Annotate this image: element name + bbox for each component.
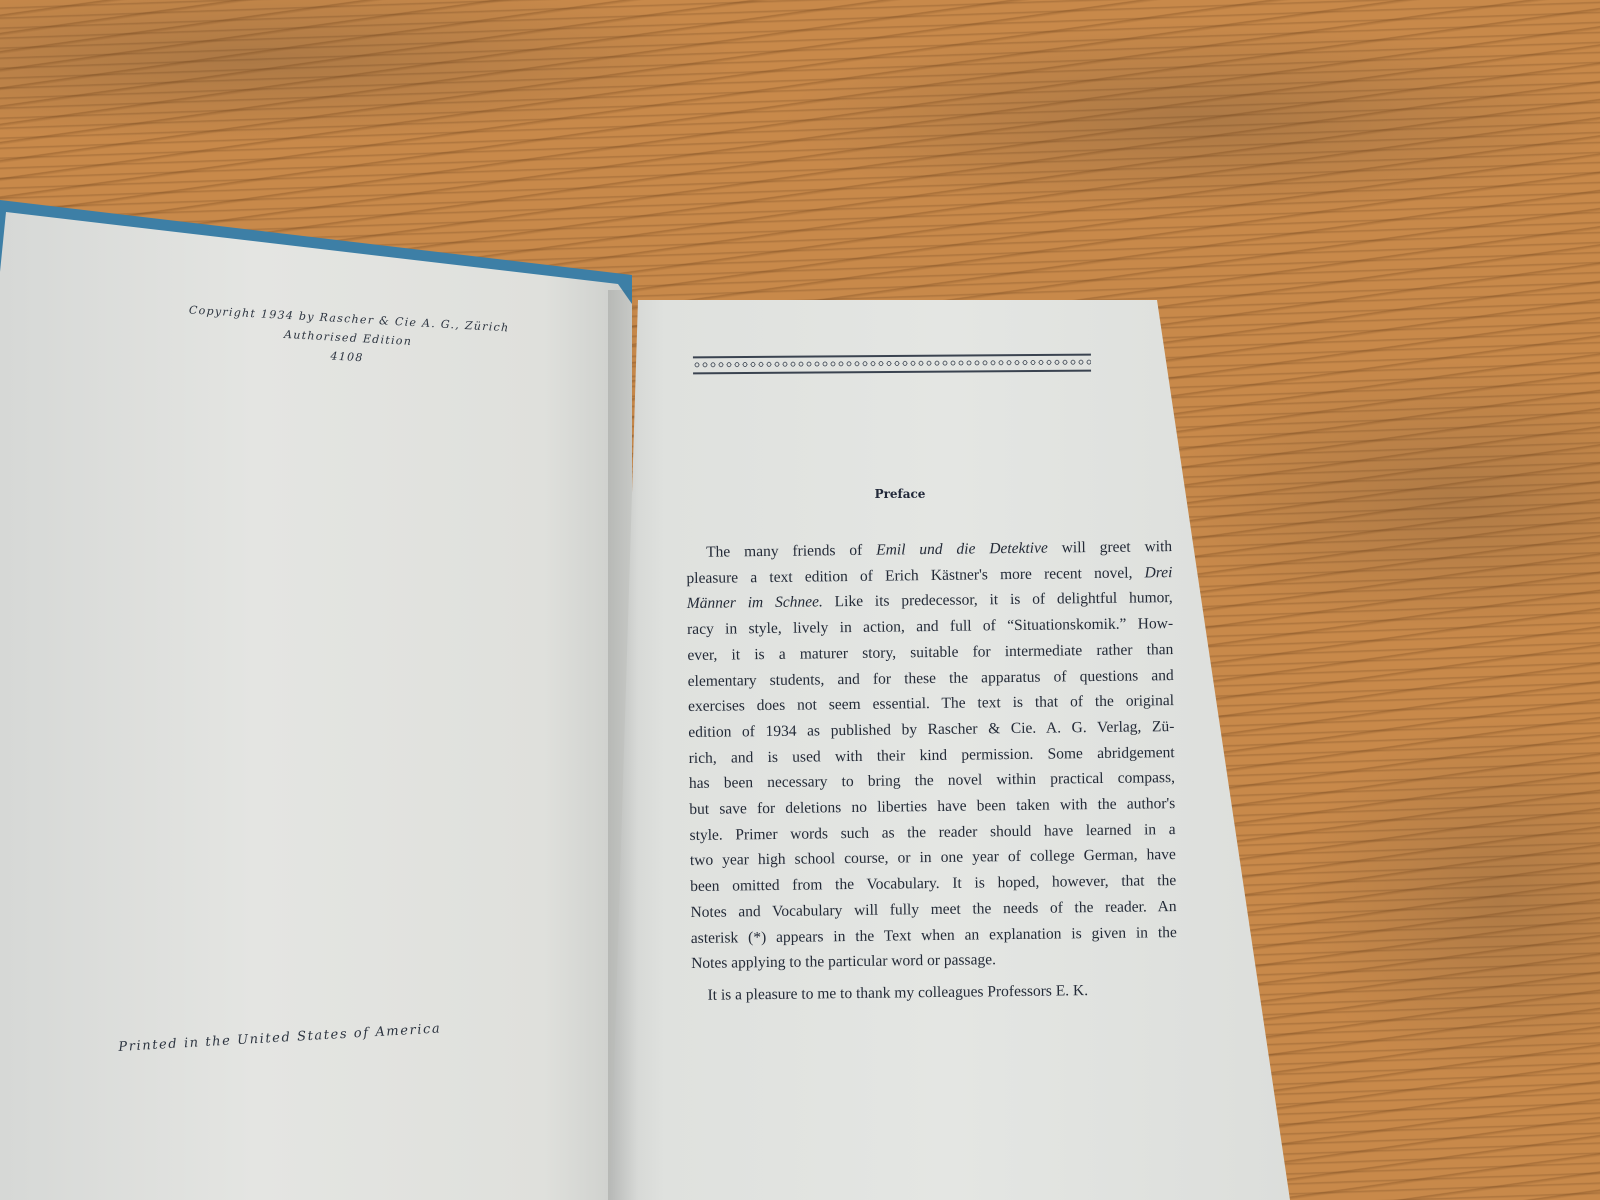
book-gutter	[608, 290, 638, 1200]
ornament-border-icon	[693, 354, 1091, 375]
preface-paragraph-1: The many friends of Emil und die Detekti…	[686, 534, 1177, 977]
page-title: Preface	[850, 487, 950, 501]
preface-body: The many friends of Emil und die Detekti…	[686, 534, 1178, 1009]
text-line: Notes applying to the particular word or…	[691, 945, 1177, 977]
